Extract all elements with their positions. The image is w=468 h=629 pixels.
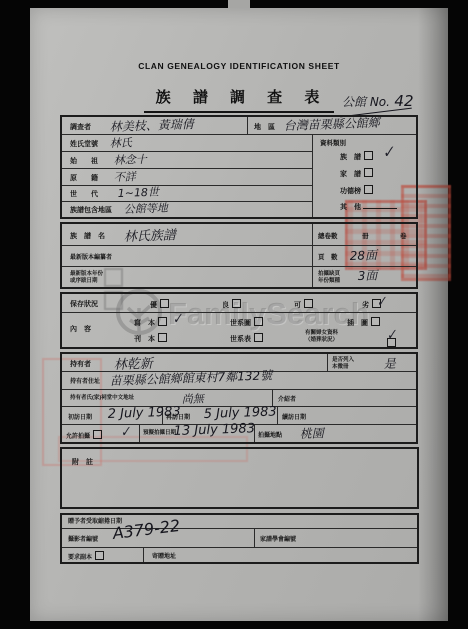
women-records-label: 有關婦女資料 （婚葬狀況） [305,330,338,343]
notes-label: 附 註 [72,457,93,467]
coverage-value: 公館等地 [123,199,168,217]
surname-hall-value: 林氏 [109,134,132,151]
volumes-unit1: 冊 [362,231,369,240]
coverage-label: 族譜包含地區 [70,205,112,215]
gongdebang-checkbox [364,185,373,194]
condition-excellent: 優 [150,299,169,310]
filming-place-label: 拍攝地點 [258,430,282,439]
mail-address-label: 寄贈地址 [152,551,176,560]
compiler-label: 最新版本編纂者 [70,252,112,261]
category-option-other: 其 他 [340,201,397,212]
condition-fair: 可 [294,299,313,310]
content-lineage-table: 世系表 [230,333,263,344]
surname-hall-label: 姓氏堂號 [70,139,98,149]
hall-address-value: 尚無 [181,390,204,407]
ref-number-label: 公館 No. [342,95,390,109]
surveyor-value: 林美枝、黃瑞倩 [109,115,194,135]
surveyor-label: 調查者 [70,122,91,132]
listed-value: 是 [383,355,396,372]
copy-request-label: 要求副本 [68,551,104,561]
missing-pages-label: 拍攝缺頁 年份類種 [318,271,340,284]
genealogy-title-label: 族 譜 名 [70,231,105,241]
english-title-row: CLAN GENEALOGY IDENTIFICATION SHEET [30,56,448,74]
photographer-number-value: A379-22 [112,516,181,543]
area-label: 地 區 [254,122,275,132]
poor-check-mark: ✓ [374,293,388,311]
notes-box: 附 註 [60,447,419,509]
generations-value: 1~18世 [117,184,159,201]
manuscript-checkbox [158,317,167,326]
lineage-table-checkbox [254,333,263,342]
category-option-zupu: 族 譜 [340,151,373,162]
volumes-unit2: 卷 [400,231,407,240]
section6-table: 贈予者受取縮捲日期 攝影者編號 A379-22 家譜學會編號 要求副本 寄贈地址 [60,513,419,564]
origin-label: 原 籍 [70,173,98,183]
section4-table: 持有者 林乾新 是否列入 本微冊 是 持有者住址 苗栗縣公館鄉館東村7鄰132號… [60,352,418,444]
generations-label: 世 代 [70,189,98,199]
content-lineage-chart: 世系圖 [230,317,263,328]
filming-permit-checkbox [93,430,102,439]
owner-address-label: 持有者住址 [70,376,100,385]
introducer-label: 介紹者 [278,394,296,403]
first-ancestor-label: 始 祖 [70,156,98,166]
other-blank-line [363,201,397,209]
section2-table: 族 譜 名 林氏族譜 總卷數 冊 卷 最新版本編纂者 頁 數 28面 最新版本年… [60,222,418,289]
pages-value: 28面 [349,246,377,264]
paper-edge-shadow [418,8,448,621]
condition-good: 良 [222,299,241,310]
women-records-check-mark: ✓ [384,326,398,344]
section3-table: 保存狀況 優 良 可 劣 ✓ 內 容 寫 本 ✓ 世系圖 插 圖 刊 本 世系表 [60,292,418,349]
fair-checkbox [304,299,313,308]
condition-label: 保存狀況 [70,299,98,309]
good-checkbox [232,299,241,308]
illustrations-checkbox [371,317,380,326]
first-ancestor-value: 林念十 [113,151,147,168]
origin-value: 不詳 [113,168,136,185]
section1-table: 調查者 林美枝、黃瑞倩 地 區 台灣苗栗縣公館鄉 姓氏堂號 林氏 始 祖 林念十… [60,115,418,219]
content-illustrations: 插 圖 [347,317,380,328]
second-visit-value: 5 July 1983 [203,404,276,422]
zupu-checkbox [364,151,373,160]
scanned-form-paper: CLAN GENEALOGY IDENTIFICATION SHEET 族 譜 … [30,8,448,621]
zupu-check-mark: ✓ [380,142,396,162]
planned-filming-date-label: 預擬拍攝日期 [143,430,176,437]
category-label: 資料類別 [320,138,346,147]
filming-place-value: 桃園 [299,424,324,442]
hall-address-label: 持有者氏(家)祠堂中文地址 [70,395,134,402]
filming-permit-label: 允許拍攝 [66,430,102,440]
content-printed: 刊 本 [134,333,167,344]
filming-permit-check-mark: ✓ [118,423,132,441]
category-option-jiapu: 家 譜 [340,168,373,179]
content-manuscript: 寫 本 [134,317,167,328]
society-number-label: 家譜學會編號 [260,534,296,543]
edition-year-label: 最新版本年份 或序跋日期 [70,271,103,284]
owner-label: 持有者 [70,359,91,369]
printed-checkbox [158,333,167,342]
photographer-number-label: 攝影者編號 [68,534,98,543]
volumes-label: 總卷數 [318,231,338,240]
content-label: 內 容 [70,324,91,334]
category-option-gongdebang: 功德榜 [340,185,373,196]
copy-request-checkbox [95,551,104,560]
listed-label: 是否列入 本微冊 [332,357,354,370]
second-visit-label: 再訪日期 [166,412,190,421]
planned-filming-date-value: 13 July 1983 [173,421,255,439]
first-visit-label: 初訪日期 [68,412,92,421]
jiapu-checkbox [364,168,373,177]
form-title-en: CLAN GENEALOGY IDENTIFICATION SHEET [138,61,340,71]
pages-label: 頁 數 [318,252,338,261]
followup-visit-label: 續訪日期 [282,412,306,421]
form-title-zh: 族 譜 調 查 表 [144,86,335,113]
genealogy-title-value: 林氏族譜 [123,224,176,245]
lineage-chart-checkbox [254,317,263,326]
area-value: 台灣苗栗縣公館鄉 [283,114,380,134]
excellent-checkbox [160,299,169,308]
missing-pages-value: 3面 [357,266,377,284]
